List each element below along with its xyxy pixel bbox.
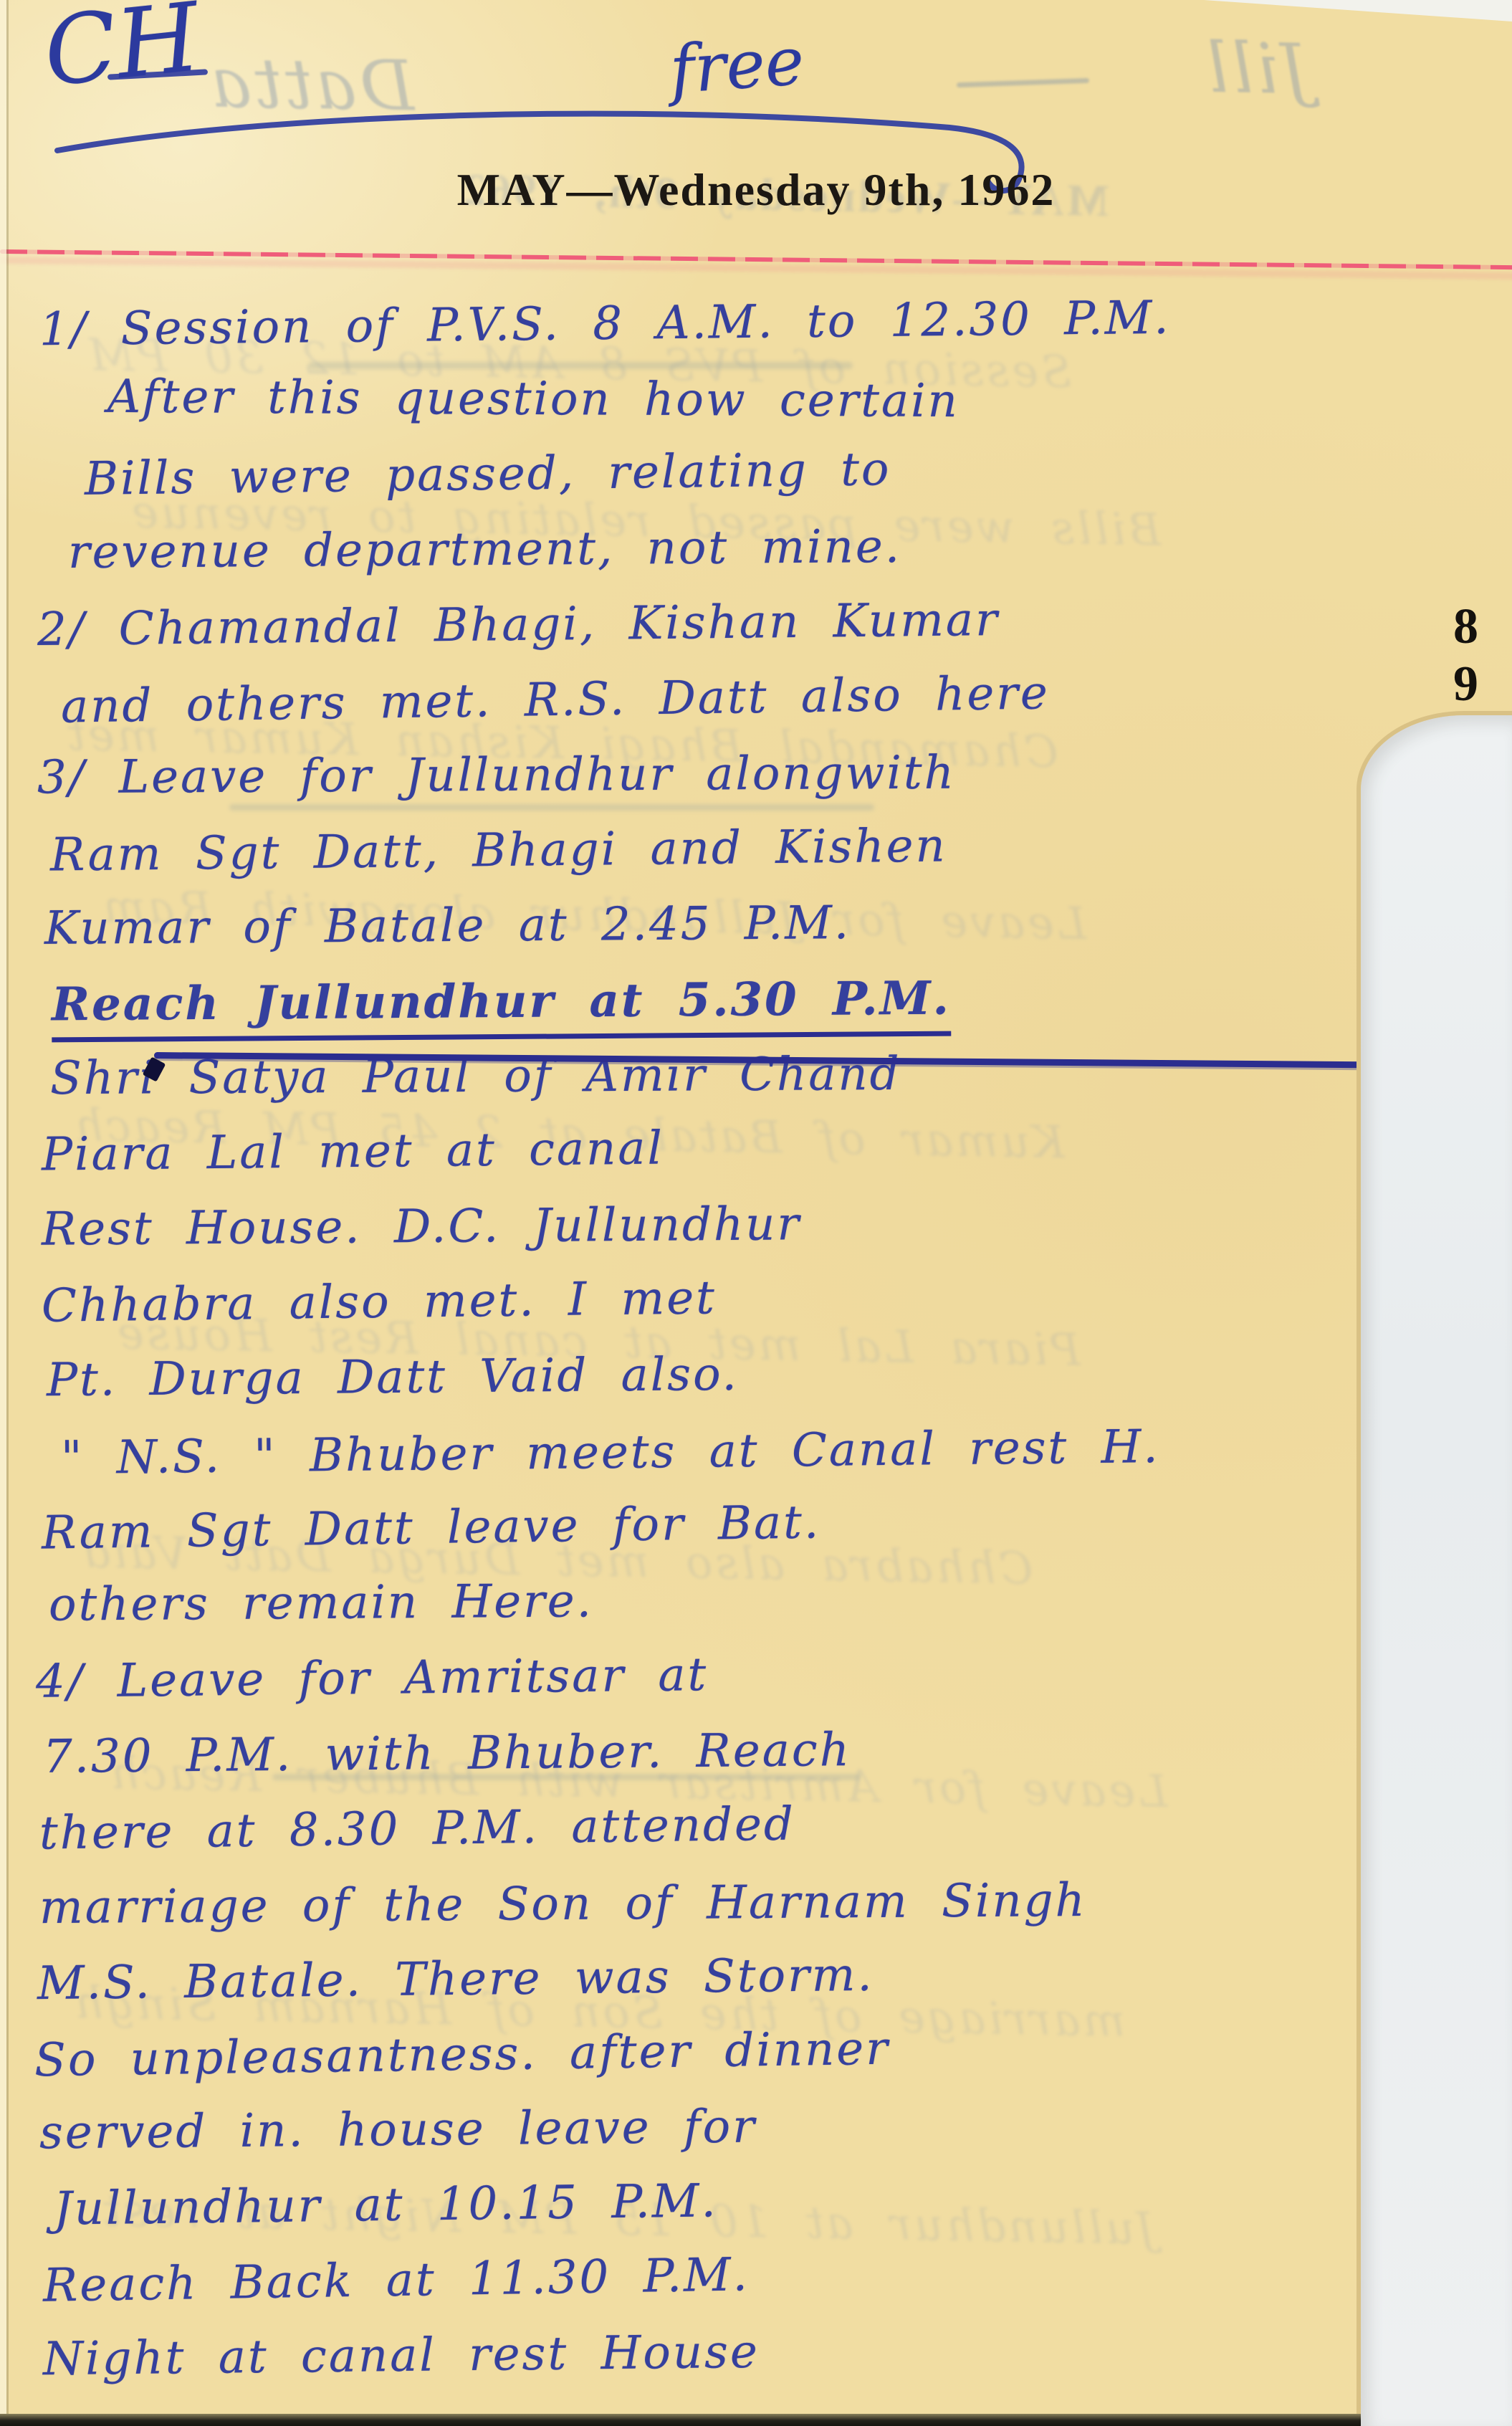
ghost-line: Jill — [1203, 28, 1310, 110]
annotation-ch: CH — [39, 0, 205, 108]
bottom-shadow — [0, 2414, 1361, 2426]
page-number-9: 9 — [1453, 659, 1503, 710]
page-number-8: 8 — [1453, 602, 1503, 652]
diary-line: 7.30 P.M. with Bhuber. Reach — [43, 1724, 851, 1784]
diary-line: 2/ Chamandal Bhagi, Kishan Kumar — [37, 593, 1000, 656]
diary-line: Night at canal rest House — [43, 2326, 760, 2386]
diary-line-underlined: Reach Jullundhur at 5.30 P.M. — [52, 972, 951, 1043]
diary-line: Ram Sgt Datt, Bhagi and Kishen — [50, 819, 947, 882]
diary-page-scan: Jill Datta MAY—Wednesday 9th, 1962 Sessi… — [0, 0, 1512, 2426]
diary-line: served in. house leave for — [39, 2101, 757, 2160]
diary-line: After this question how certain — [107, 371, 960, 428]
diary-line: Pt. Durga Datt Vaid also. — [47, 1348, 739, 1407]
diary-line: Reach Back at 11.30 P.M. — [42, 2248, 750, 2312]
diary-line: Rest House. D.C. Jullundhur — [42, 1198, 801, 1256]
date-header: MAY—Wednesday 9th, 1962 — [0, 163, 1512, 216]
diary-line: there at 8.30 P.M. attended — [39, 1798, 796, 1861]
page-crease — [6, 0, 9, 2414]
diary-line: Jullundhur at 10.15 P.M. — [54, 2174, 719, 2235]
diary-line: Chhabra also met. I met — [42, 1271, 717, 1333]
diary-line: Ram Sgt Datt leave for Bat. — [42, 1496, 821, 1560]
under-page — [1357, 711, 1512, 2426]
pencil-smudge — [229, 804, 874, 811]
diary-line: Bills were passed, relating to — [85, 443, 891, 506]
diary-line: So unpleasantness. after dinner — [34, 2023, 891, 2088]
diary-line: Piara Lal met at canal — [42, 1122, 665, 1181]
corner-sliver — [1204, 0, 1512, 22]
diary-line: marriage of the Son of Harnam Singh — [39, 1874, 1087, 1934]
page-edge-strip — [0, 0, 6, 2414]
diary-line: revenue department, not mine. — [68, 520, 902, 579]
diary-line: 3/ Leave for Jullundhur alongwith — [37, 747, 956, 805]
diary-line: M.S. Batale. There was Storm. — [37, 1949, 874, 2010]
diary-line: Kumar of Batale at 2.45 P.M. — [44, 897, 851, 955]
pencil-smudge — [308, 362, 853, 369]
diary-line: 4/ Leave for Amritsar at — [36, 1648, 709, 1709]
diary-line: " N.S. " Bhuber meets at Canal rest H. — [61, 1420, 1160, 1485]
diary-line: others remain Here. — [49, 1575, 593, 1631]
faint-dash-mark — [957, 78, 1089, 87]
annotation-free: free — [667, 23, 806, 109]
